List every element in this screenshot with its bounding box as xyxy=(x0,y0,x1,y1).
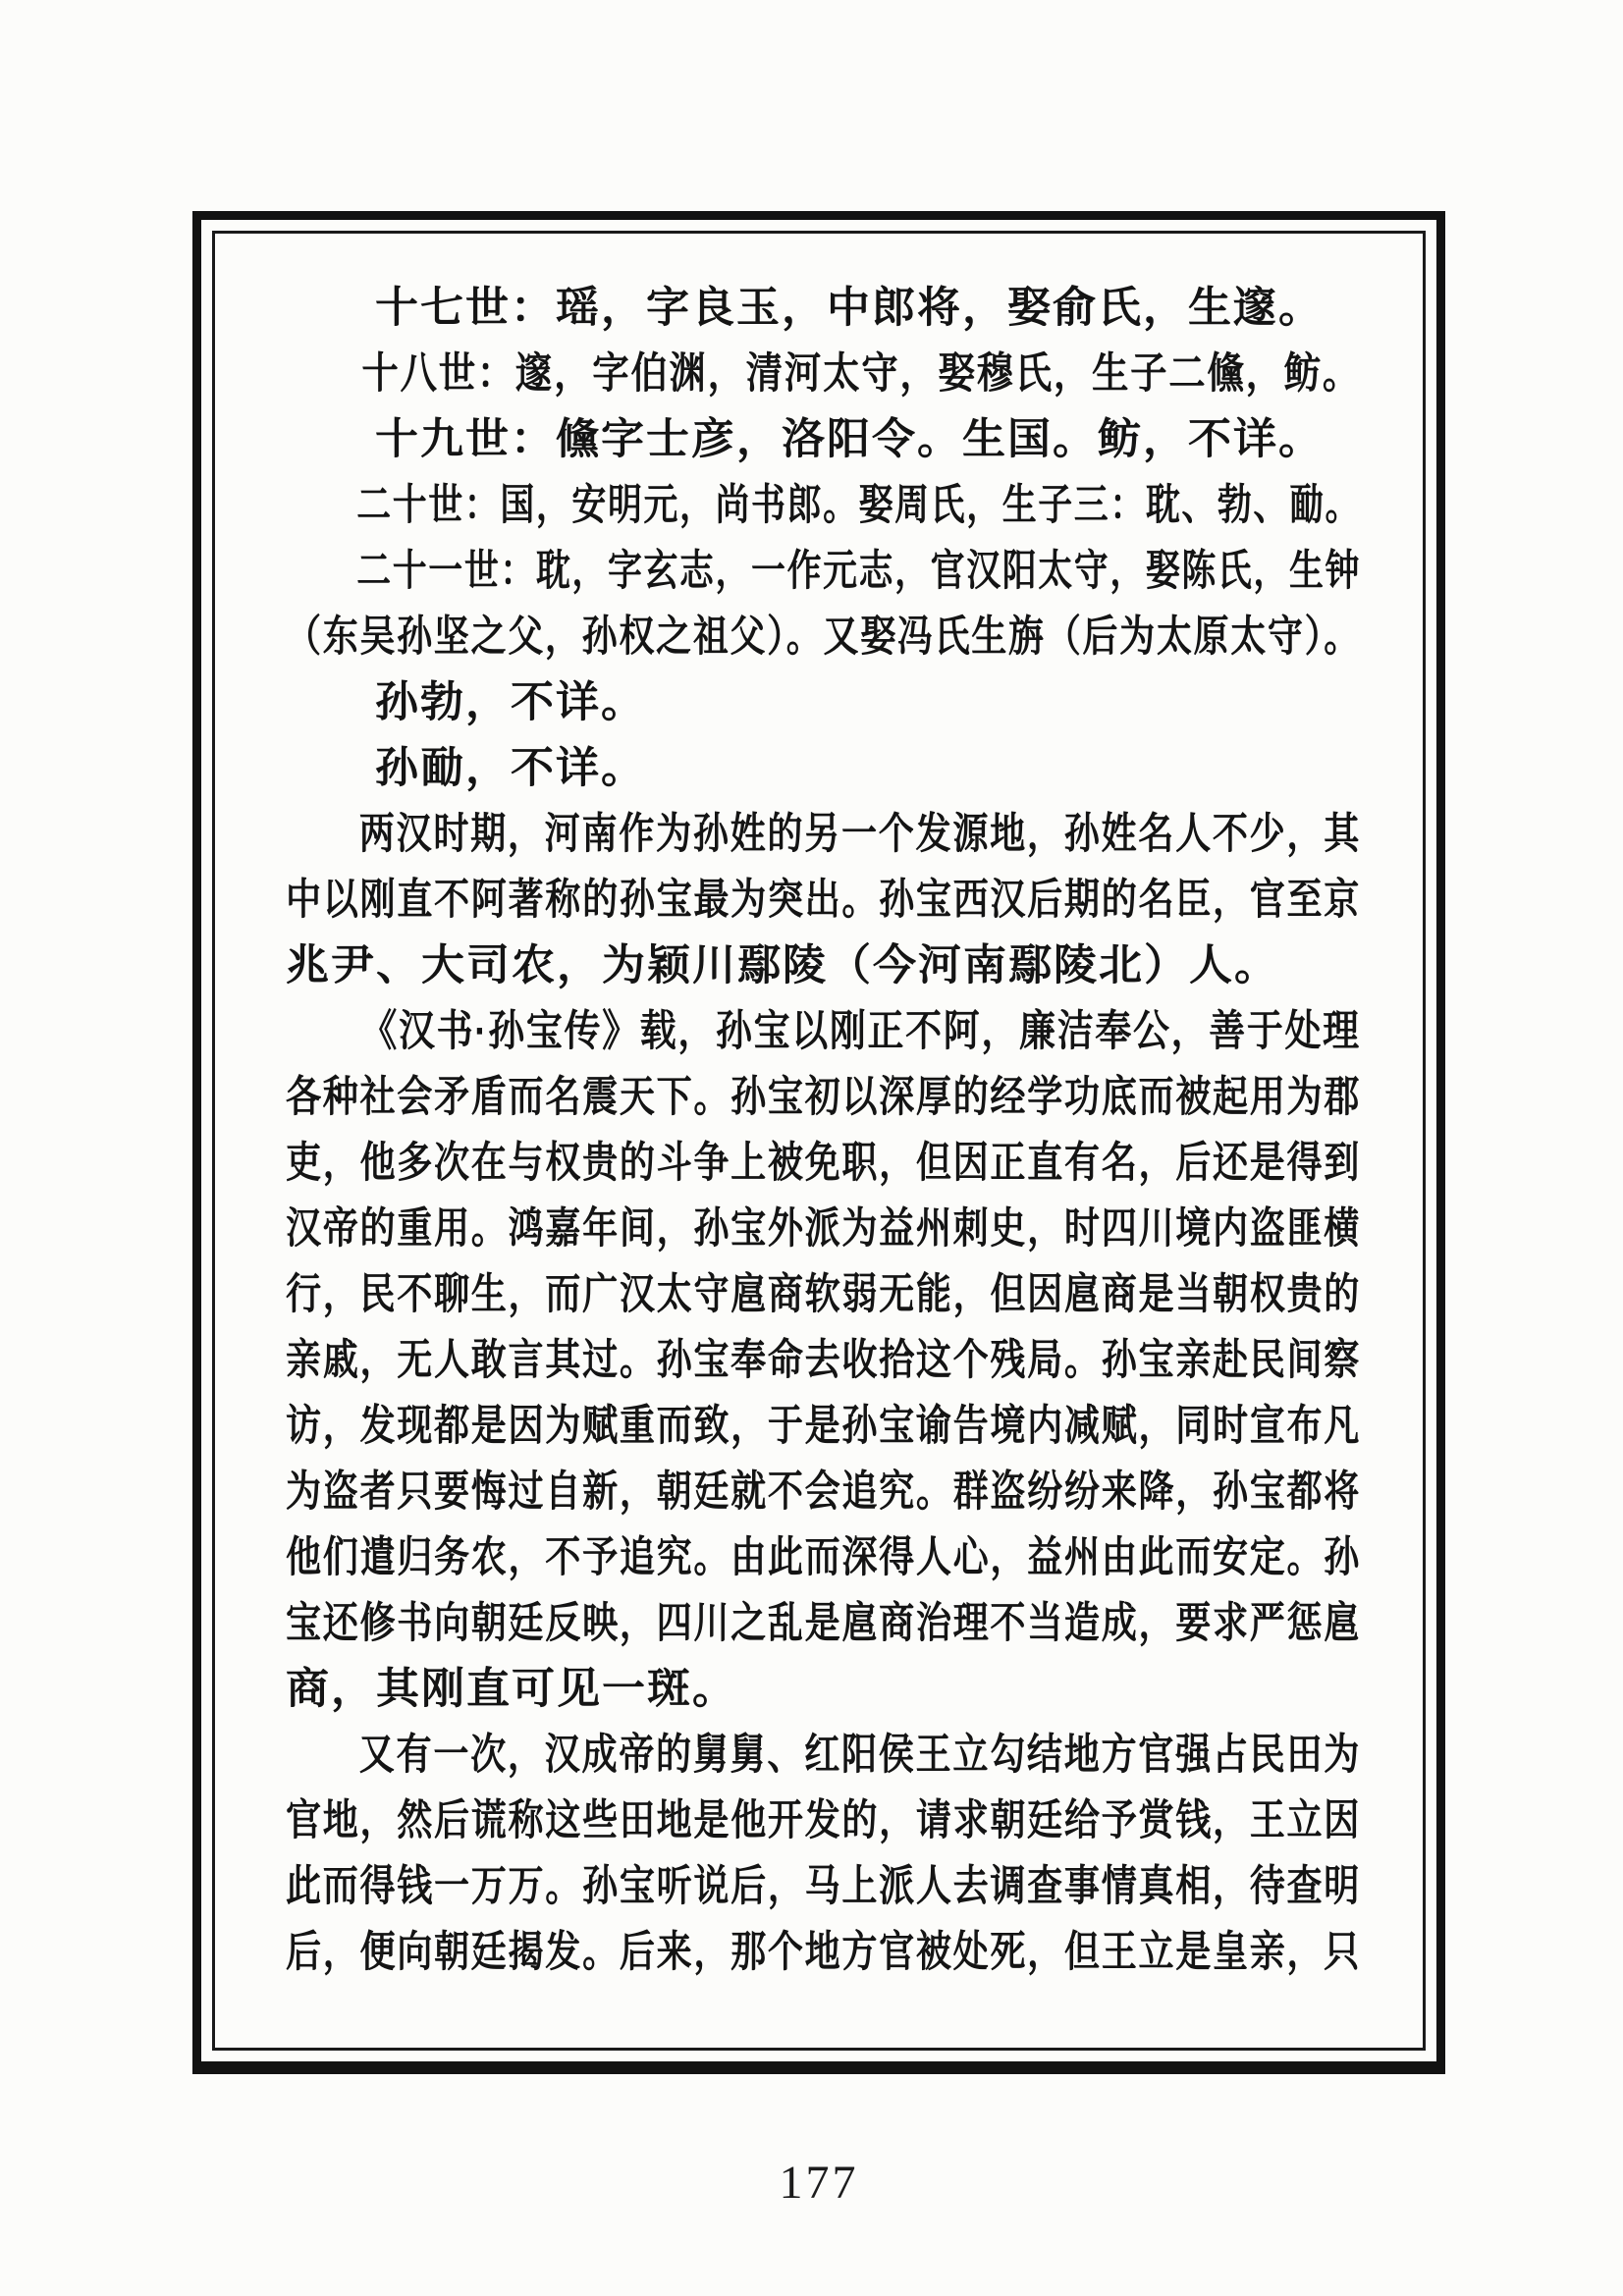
text-line: 汉帝的重用。鸿嘉年间，孙宝外派为益州刺史，时四川境内盗匪横 xyxy=(286,1196,1168,1261)
text-line: 后，便向朝廷揭发。后来，那个地方官被处死，但王立是皇亲，只 xyxy=(286,1919,1168,1985)
text-line: 又有一次，汉成帝的舅舅、红阳侯王立勾结地方官强占民田为 xyxy=(286,1722,1168,1788)
text-line: 宝还修书向朝廷反映，四川之乱是扈商治理不当造成，要求严惩扈 xyxy=(286,1590,1168,1656)
text-line: 孙勔，不详。 xyxy=(286,735,1361,801)
text-line: 为盗者只要悔过自新，朝廷就不会追究。群盗纷纷来降，孙宝都将 xyxy=(286,1459,1168,1524)
text-line: 商，其刚直可见一斑。 xyxy=(286,1656,1361,1722)
text-line: 此而得钱一万万。孙宝听说后，马上派人去调查事情真相，待查明 xyxy=(286,1853,1168,1919)
text-line: 十七世：瑶，字良玉，中郎将，娶俞氏，生邃。 xyxy=(286,275,1361,341)
text-line: 各种社会矛盾而名震天下。孙宝初以深厚的经学功底而被起用为郡 xyxy=(286,1064,1168,1130)
text-line: 行，民不聊生，而广汉太守扈商软弱无能，但因扈商是当朝权贵的 xyxy=(286,1261,1168,1327)
text-line: 十九世：儵字士彦，洛阳令。生国。鲂，不详。 xyxy=(286,406,1361,472)
text-line: 访，发现都是因为赋重而致，于是孙宝谕告境内减赋，同时宣布凡 xyxy=(286,1393,1168,1459)
text-line: 《汉书·孙宝传》载，孙宝以刚正不阿，廉洁奉公，善于处理 xyxy=(286,998,1188,1064)
text-line: 十八世：邃，字伯渊，清河太守，娶穆氏，生子二儵，鲂。 xyxy=(286,341,1201,406)
page-number: 177 xyxy=(192,2156,1445,2210)
text-line: 官地，然后谎称这些田地是他开发的，请求朝廷给予赏钱，王立因 xyxy=(286,1788,1168,1853)
text-line: 亲戚，无人敢言其过。孙宝奉命去收拾这个残局。孙宝亲赴民间察 xyxy=(286,1327,1168,1393)
text-line: 中以刚直不阿著称的孙宝最为突出。孙宝西汉后期的名臣，官至京 xyxy=(286,867,1168,933)
text-line: 他们遣归务农，不予追究。由此而深得人心，益州由此而安定。孙 xyxy=(286,1524,1168,1590)
text-line: 孙勃，不详。 xyxy=(286,669,1361,735)
text-line: 二十一世：耽，字玄志，一作元志，官汉阳太守，娶陈氏，生钟 xyxy=(286,538,1139,604)
text-block: 十七世：瑶，字良玉，中郎将，娶俞氏，生邃。 十八世：邃，字伯渊，清河太守，娶穆氏… xyxy=(286,275,1361,1985)
page-frame-inner: 十七世：瑶，字良玉，中郎将，娶俞氏，生邃。 十八世：邃，字伯渊，清河太守，娶穆氏… xyxy=(212,231,1426,2051)
book-page: 十七世：瑶，字良玉，中郎将，娶俞氏，生邃。 十八世：邃，字伯渊，清河太守，娶穆氏… xyxy=(0,0,1623,2296)
text-line: 二十世：国，安明元，尚书郎。娶周氏，生子三：耽、勃、勔。 xyxy=(286,472,1139,538)
page-frame-outer: 十七世：瑶，字良玉，中郎将，娶俞氏，生邃。 十八世：邃，字伯渊，清河太守，娶穆氏… xyxy=(192,211,1445,2074)
text-line: 兆尹、大司农，为颖川鄢陵（今河南鄢陵北）人。 xyxy=(286,933,1361,998)
text-line: 两汉时期，河南作为孙姓的另一个发源地，孙姓名人不少，其 xyxy=(286,801,1168,867)
text-line: 吏，他多次在与权贵的斗争上被免职，但因正直有名，后还是得到 xyxy=(286,1130,1168,1196)
text-line: （东吴孙坚之父，孙权之祖父）。又娶冯氏生旃（后为太原太守）。 xyxy=(286,604,1166,669)
